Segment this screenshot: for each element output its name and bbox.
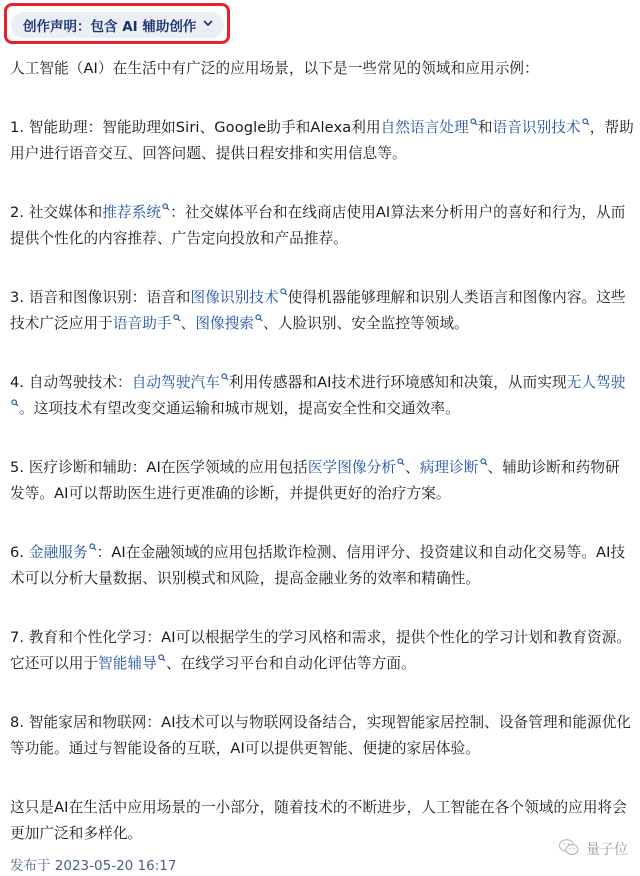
item-text: 2. 社交媒体和 — [10, 204, 102, 221]
item-text: 。这项技术有望改变交通运输和城市规划，提高安全性和交通效率。 — [19, 400, 460, 417]
item-text: 、人脸识别、安全监控等领域。 — [263, 315, 469, 332]
search-icon — [480, 458, 488, 466]
list-item-1: 1. 智能助理：智能助理如Siri、Google助手和Alexa利用自然语言处理… — [10, 115, 634, 167]
item-text: ：AI在金融领域的应用包括欺诈检测、信用评分、投资建议和自动化交易等。AI技术可… — [10, 544, 625, 587]
search-icon — [162, 203, 170, 211]
list-item-3: 3. 语音和图像识别：语音和图像识别技术使得机器能够理解和识别人类语言和图像内容… — [10, 285, 634, 337]
declaration-label: 创作声明：包含 AI 辅助创作 — [23, 15, 196, 35]
keyword-link-medical-imaging[interactable]: 医学图像分析 — [308, 459, 405, 476]
keyword-link-image-recognition[interactable]: 图像识别技术 — [191, 289, 288, 306]
ai-declaration-dropdown[interactable]: 创作声明：包含 AI 辅助创作 — [11, 12, 224, 38]
wechat-icon — [558, 838, 580, 860]
keyword-link-autonomous-car[interactable]: 自动驾驶汽车 — [132, 374, 229, 391]
search-icon — [89, 543, 97, 551]
keyword-link-speech-recognition[interactable]: 语音识别技术 — [493, 119, 590, 136]
article-body: 人工智能（AI）在生活中有广泛的应用场景，以下是一些常见的领域和应用示例： 1.… — [10, 56, 634, 876]
item-text: 3. 语音和图像识别：语音和 — [10, 289, 191, 306]
search-icon — [255, 314, 263, 322]
search-icon — [221, 373, 229, 381]
item-text: 利用传感器和AI技术进行环境感知和决策，从而实现 — [229, 374, 567, 391]
list-item-5: 5. 医疗诊断和辅助：AI在医学领域的应用包括医学图像分析、病理诊断、辅助诊断和… — [10, 455, 634, 507]
keyword-link-nlp[interactable]: 自然语言处理 — [381, 119, 478, 136]
list-item-2: 2. 社交媒体和推荐系统：社交媒体平台和在线商店使用AI算法来分析用户的喜好和行… — [10, 200, 634, 252]
item-text: 、在线学习平台和自动化评估等方面。 — [166, 655, 416, 672]
list-item-7: 7. 教育和个性化学习：AI可以根据学生的学习风格和需求，提供个性化的学习计划和… — [10, 625, 634, 677]
source-watermark: 量子位 — [558, 838, 628, 860]
item-text: 、 — [181, 315, 196, 332]
item-text: 5. 医疗诊断和辅助：AI在医学领域的应用包括 — [10, 459, 308, 476]
keyword-link-intelligent-tutoring[interactable]: 智能辅导 — [98, 655, 166, 672]
keyword-link-image-search[interactable]: 图像搜索 — [195, 315, 263, 332]
conclusion-paragraph: 这只是AI在生活中应用场景的一小部分，随着技术的不断进步，人工智能在各个领域的应… — [10, 795, 634, 847]
intro-paragraph: 人工智能（AI）在生活中有广泛的应用场景，以下是一些常见的领域和应用示例： — [10, 56, 634, 82]
item-text: 和 — [478, 119, 493, 136]
keyword-link-pathology[interactable]: 病理诊断 — [420, 459, 488, 476]
list-item-6: 6. 金融服务：AI在金融领域的应用包括欺诈检测、信用评分、投资建议和自动化交易… — [10, 540, 634, 592]
search-icon — [11, 399, 19, 407]
keyword-link-financial-services[interactable]: 金融服务 — [29, 544, 97, 561]
list-item-4: 4. 自动驾驶技术：自动驾驶汽车利用传感器和AI技术进行环境感知和决策，从而实现… — [10, 370, 634, 422]
item-text: 1. 智能助理：智能助理如Siri、Google助手和Alexa利用 — [10, 119, 381, 136]
item-text: 、 — [405, 459, 420, 476]
chevron-down-icon — [202, 17, 214, 33]
search-icon — [397, 458, 405, 466]
list-item-8: 8. 智能家居和物联网：AI技术可以与物联网设备结合，实现智能家居控制、设备管理… — [10, 710, 634, 762]
publish-date: 发布于 2023-05-20 16:17 — [10, 854, 176, 874]
item-text: 6. — [10, 544, 29, 561]
search-icon — [280, 288, 288, 296]
keyword-link-voice-assistant[interactable]: 语音助手 — [113, 315, 181, 332]
watermark-label: 量子位 — [586, 839, 628, 859]
keyword-link-recommender[interactable]: 推荐系统 — [102, 204, 170, 221]
search-icon — [582, 118, 590, 126]
search-icon — [470, 118, 478, 126]
search-icon — [158, 654, 166, 662]
item-text: 4. 自动驾驶技术： — [10, 374, 132, 391]
search-icon — [173, 314, 181, 322]
item-text: 8. 智能家居和物联网：AI技术可以与物联网设备结合，实现智能家居控制、设备管理… — [10, 714, 631, 757]
